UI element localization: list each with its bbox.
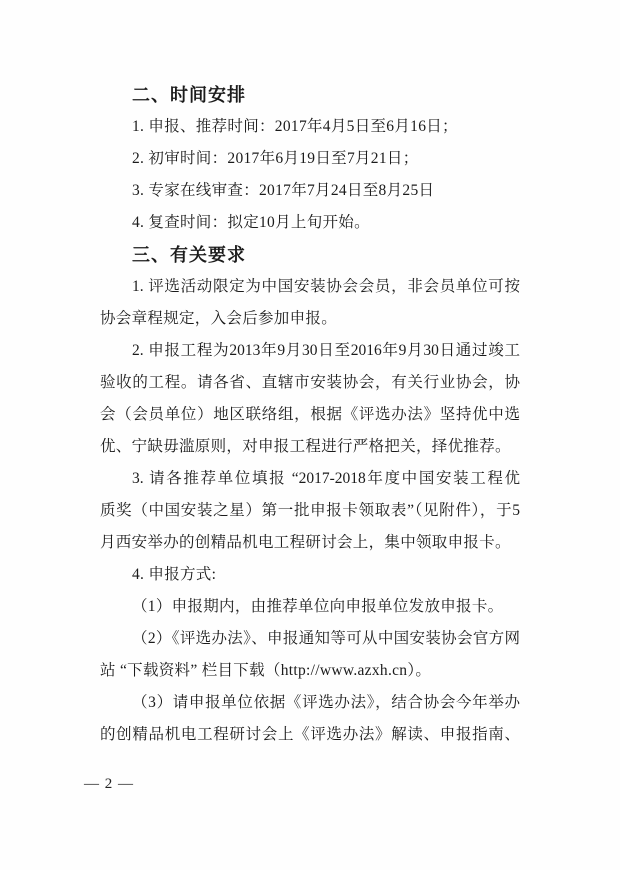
document-line: 的创精品机电工程研讨会上《评选办法》解读、申报指南、 bbox=[100, 719, 520, 751]
document-line: 4. 复查时间：拟定10月上旬开始。 bbox=[100, 207, 520, 239]
document-page: 二、时间安排1. 申报、推荐时间：2017年4月5日至6月16日；2. 初审时间… bbox=[0, 0, 620, 870]
section-heading: 二、时间安排 bbox=[100, 79, 520, 111]
document-line: 优、宁缺毋滥原则，对申报工程进行严格把关，择优推荐。 bbox=[100, 431, 520, 463]
document-line: 3. 专家在线审查：2017年7月24日至8月25日 bbox=[100, 175, 520, 207]
document-body: 二、时间安排1. 申报、推荐时间：2017年4月5日至6月16日；2. 初审时间… bbox=[100, 79, 520, 751]
document-line: 月西安举办的创精品机电工程研讨会上，集中领取申报卡。 bbox=[100, 527, 520, 559]
document-line: （3）请申报单位依据《评选办法》，结合协会今年举办 bbox=[100, 687, 520, 719]
document-line: 4. 申报方式: bbox=[100, 559, 520, 591]
page-number: — 2 — bbox=[84, 772, 134, 796]
document-line: 2. 初审时间：2017年6月19日至7月21日； bbox=[100, 143, 520, 175]
document-line: （1）申报期内，由推荐单位向申报单位发放申报卡。 bbox=[100, 591, 520, 623]
document-line: 验收的工程。请各省、直辖市安装协会，有关行业协会，协 bbox=[100, 367, 520, 399]
document-line: （2）《评选办法》、申报通知等可从中国安装协会官方网 bbox=[100, 623, 520, 655]
document-line: 会（会员单位）地区联络组，根据《评选办法》坚持优中选 bbox=[100, 399, 520, 431]
document-line: 质奖（中国安装之星）第一批申报卡领取表”（见附件），于5 bbox=[100, 495, 520, 527]
document-line: 3. 请各推荐单位填报 “2017-2018年度中国安装工程优 bbox=[100, 463, 520, 495]
document-line: 1. 评选活动限定为中国安装协会会员，非会员单位可按 bbox=[100, 271, 520, 303]
document-line: 站 “下载资料” 栏目下载（http://www.azxh.cn）。 bbox=[100, 655, 520, 687]
document-line: 2. 申报工程为2013年9月30日至2016年9月30日通过竣工 bbox=[100, 335, 520, 367]
document-line: 协会章程规定，入会后参加申报。 bbox=[100, 303, 520, 335]
document-line: 1. 申报、推荐时间：2017年4月5日至6月16日； bbox=[100, 111, 520, 143]
section-heading: 三、有关要求 bbox=[100, 239, 520, 271]
